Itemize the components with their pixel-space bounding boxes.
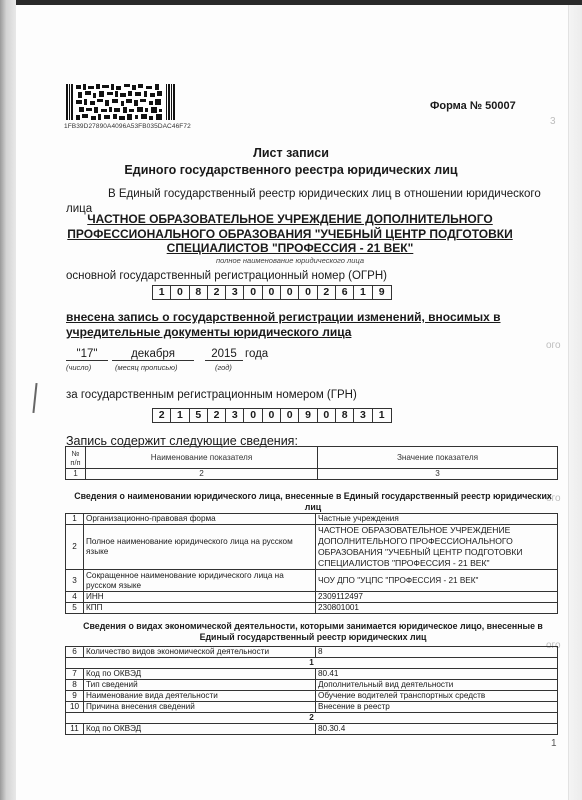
org-name-line: ПРОФЕССИОНАЛЬНОГО ОБРАЗОВАНИЯ "УЧЕБНЫЙ Ц… — [67, 227, 512, 241]
ogrn-digit: 0 — [171, 286, 189, 299]
table-row: 9 Наименование вида деятельности Обучени… — [66, 691, 558, 702]
table-row: 1 Организационно-правовая форма Частные … — [66, 514, 558, 525]
entry-description: внесена запись о государственной регистр… — [66, 310, 526, 340]
table-row: 10 Причина внесения сведений Внесение в … — [66, 702, 558, 713]
row-value: 230801001 — [316, 603, 558, 614]
row-number: 9 — [66, 691, 84, 702]
row-name: Количество видов экономической деятельно… — [84, 647, 316, 658]
row-number: 5 — [66, 603, 84, 614]
document-subtitle: Единого государственного реестра юридиче… — [0, 163, 582, 177]
row-number: 1 — [66, 514, 84, 525]
ogrn-number-box: 1 0 8 2 3 0 0 0 0 2 6 1 9 — [152, 285, 392, 300]
row-value: Обучение водителей транспортных средств — [316, 691, 558, 702]
barcode-icon — [66, 84, 176, 120]
grn-digit: 3 — [354, 409, 372, 422]
header-indicator-value: Значение показателя — [318, 447, 558, 469]
month-caption: (месяц прописью) — [115, 363, 177, 372]
grn-digit: 8 — [336, 409, 354, 422]
ogrn-digit: 6 — [336, 286, 354, 299]
ogrn-digit: 1 — [354, 286, 372, 299]
scan-left-edge — [0, 0, 16, 800]
row-value: Дополнительный вид деятельности — [316, 680, 558, 691]
ogrn-digit: 9 — [373, 286, 391, 299]
ogrn-digit: 3 — [226, 286, 244, 299]
row-number: 11 — [66, 724, 84, 735]
scan-right-strip — [568, 5, 582, 800]
organization-full-name: ЧАСТНОЕ ОБРАЗОВАТЕЛЬНОЕ УЧРЕЖДЕНИЕ ДОПОЛ… — [60, 212, 520, 256]
table-row: 11 Код по ОКВЭД 80.30.4 — [66, 724, 558, 735]
grn-digit: 9 — [299, 409, 317, 422]
row-name: Наименование вида деятельности — [84, 691, 316, 702]
row-name: Причина внесения сведений — [84, 702, 316, 713]
ogrn-digit: 0 — [244, 286, 262, 299]
ogrn-digit: 8 — [190, 286, 208, 299]
grn-digit: 0 — [263, 409, 281, 422]
row-number: 6 — [66, 647, 84, 658]
intro-text: В Единый государственный реестр юридичес… — [108, 188, 541, 200]
day-caption: (число) — [66, 363, 91, 372]
table-row: 2 Полное наименование юридического лица … — [66, 525, 558, 570]
date-day: "17" — [66, 348, 108, 361]
row-number: 3 — [66, 570, 84, 592]
grn-digit: 2 — [153, 409, 171, 422]
row-number: 7 — [66, 669, 84, 680]
org-name-line: СПЕЦИАЛИСТОВ "ПРОФЕССИЯ - 21 ВЕК" — [167, 241, 414, 255]
ogrn-digit: 0 — [299, 286, 317, 299]
row-name: Код по ОКВЭД — [84, 724, 316, 735]
group-row: 1 — [66, 658, 558, 669]
row-value: 2309112497 — [316, 592, 558, 603]
ogrn-digit: 2 — [318, 286, 336, 299]
row-value: ЧАСТНОЕ ОБРАЗОВАТЕЛЬНОЕ УЧРЕЖДЕНИЕ ДОПОЛ… — [316, 525, 558, 570]
row-name: Полное наименование юридического лица на… — [84, 525, 316, 570]
group-row: 2 — [66, 713, 558, 724]
row-number: 2 — [66, 525, 84, 570]
row-value: 8 — [316, 647, 558, 658]
grn-digit: 1 — [171, 409, 189, 422]
form-number: Форма № 50007 — [430, 100, 516, 112]
row-name: Организационно-правовая форма — [84, 514, 316, 525]
table-row: 7 Код по ОКВЭД 80.41 — [66, 669, 558, 680]
header-col-number: 3 — [318, 469, 558, 480]
section-title-activity: Сведения о видах экономической деятельно… — [66, 621, 560, 643]
header-col-number: 2 — [86, 469, 318, 480]
grn-digit: 5 — [190, 409, 208, 422]
section-title-name: Сведения о наименовании юридического лиц… — [66, 491, 560, 513]
grn-digit: 2 — [208, 409, 226, 422]
header-number: № п/п — [66, 447, 86, 469]
group-number: 2 — [66, 713, 558, 724]
grn-label: за государственным регистрационным номер… — [66, 389, 357, 401]
row-number: 4 — [66, 592, 84, 603]
row-number: 8 — [66, 680, 84, 691]
org-name-line: ЧАСТНОЕ ОБРАЗОВАТЕЛЬНОЕ УЧРЕЖДЕНИЕ ДОПОЛ… — [87, 212, 493, 226]
table-row: 6 Количество видов экономической деятель… — [66, 647, 558, 658]
grn-digit: 0 — [318, 409, 336, 422]
table-row: 5 КПП 230801001 — [66, 603, 558, 614]
date-month: декабря — [112, 348, 194, 361]
bleed-mark: 3 — [550, 116, 556, 127]
table-row: 3 Сокращенное наименование юридического … — [66, 570, 558, 592]
ogrn-label: основной государственный регистрационный… — [66, 270, 387, 282]
row-number: 10 — [66, 702, 84, 713]
row-value: Внесение в реестр — [316, 702, 558, 713]
grn-digit: 0 — [281, 409, 299, 422]
header-col-number: 1 — [66, 469, 86, 480]
row-name: ИНН — [84, 592, 316, 603]
document-title: Лист записи — [0, 146, 582, 160]
row-value: Частные учреждения — [316, 514, 558, 525]
row-name: КПП — [84, 603, 316, 614]
name-section-table: 1 Организационно-правовая форма Частные … — [65, 513, 558, 614]
ogrn-digit: 1 — [153, 286, 171, 299]
row-name: Тип сведений — [84, 680, 316, 691]
contents-header-table: № п/п Наименование показателя Значение п… — [65, 446, 558, 480]
org-name-caption: полное наименование юридического лица — [60, 256, 520, 265]
row-value: 80.30.4 — [316, 724, 558, 735]
date-year: 2015 — [205, 348, 243, 361]
grn-number-box: 2 1 5 2 3 0 0 0 9 0 8 3 1 — [152, 408, 392, 423]
grn-digit: 1 — [373, 409, 391, 422]
ogrn-digit: 0 — [281, 286, 299, 299]
bleed-text: ого — [546, 340, 561, 351]
page-mark: 1 — [551, 738, 557, 749]
table-row: 4 ИНН 2309112497 — [66, 592, 558, 603]
row-name: Код по ОКВЭД — [84, 669, 316, 680]
group-number: 1 — [66, 658, 558, 669]
ogrn-digit: 0 — [263, 286, 281, 299]
barcode-text: 1FB39D27890A4096A53FB035DAC46F72 — [64, 123, 191, 130]
table-row: 8 Тип сведений Дополнительный вид деятел… — [66, 680, 558, 691]
grn-digit: 3 — [226, 409, 244, 422]
date-suffix: года — [245, 348, 268, 360]
activity-section-table: 6 Количество видов экономической деятель… — [65, 646, 558, 735]
year-caption: (год) — [215, 363, 232, 372]
ogrn-digit: 2 — [208, 286, 226, 299]
row-value: 80.41 — [316, 669, 558, 680]
grn-digit: 0 — [244, 409, 262, 422]
header-indicator-name: Наименование показателя — [86, 447, 318, 469]
row-value: ЧОУ ДПО "УЦПС "ПРОФЕССИЯ - 21 ВЕК" — [316, 570, 558, 592]
row-name: Сокращенное наименование юридического ли… — [84, 570, 316, 592]
